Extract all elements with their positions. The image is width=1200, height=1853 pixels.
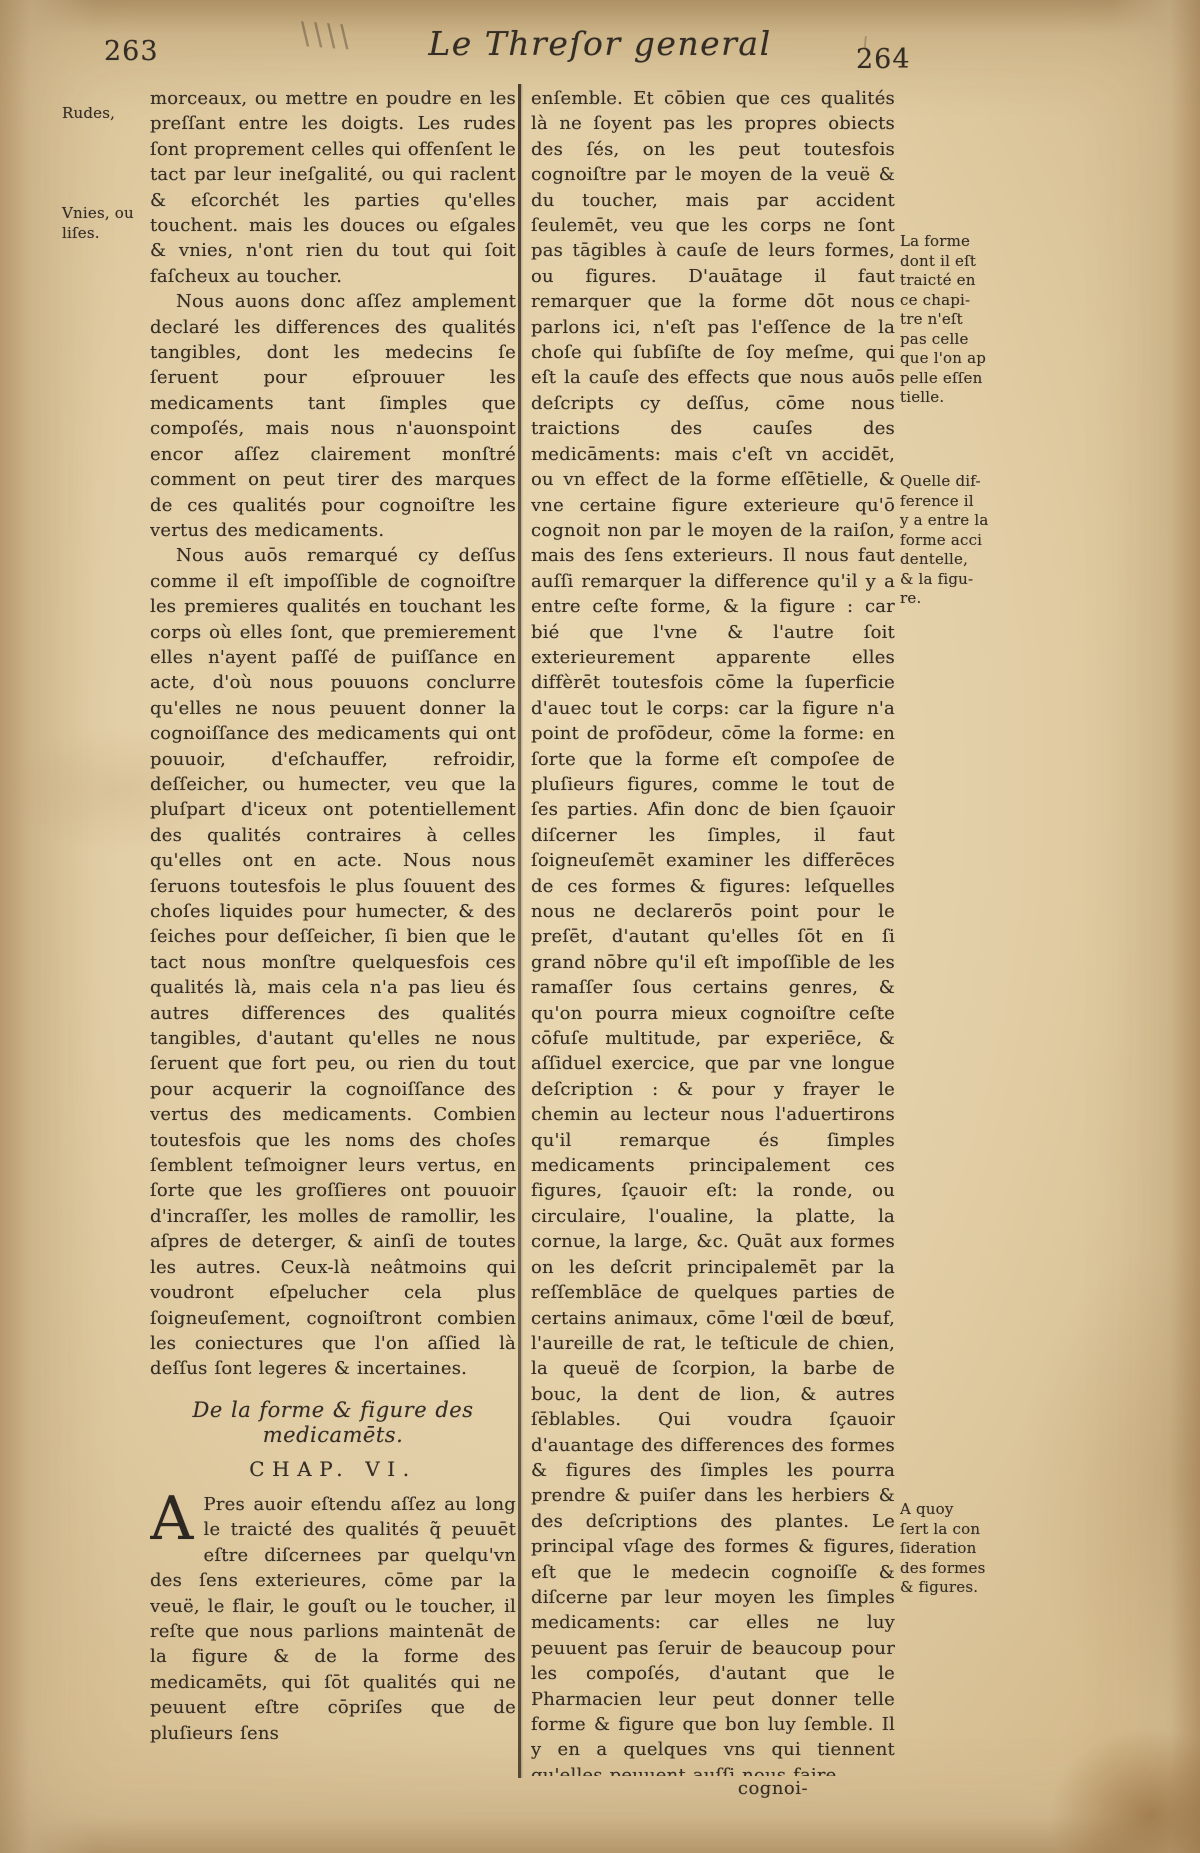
- paragraph-text: Pres auoir eſtendu aſſez au long le trai…: [150, 1494, 516, 1744]
- running-title: Le Threſor general: [0, 24, 1200, 63]
- paragraph: Nous auons donc aſſez amplement declaré …: [150, 289, 516, 543]
- margin-note-vnies: Vnies, ou liſes.: [62, 204, 152, 243]
- chapter-number: CHAP. VI.: [150, 1457, 516, 1482]
- margin-note-la-forme: La forme dont il eſt traicté en ce chapi…: [900, 232, 1006, 408]
- chapter-heading: De la forme & figure des medicamēts.: [150, 1398, 516, 1449]
- margin-note-rudes: Rudes,: [62, 104, 148, 124]
- right-text-column: enſemble. Et cōbien que ces qualités là …: [531, 86, 895, 1776]
- book-page: \\\\ ⟨ 263 Le Threſor general 264 Rudes,…: [0, 0, 1200, 1853]
- margin-note-difference: Quelle dif- ference il y a entre la form…: [900, 472, 1008, 609]
- paragraph: morceaux, ou mettre en poudre en les pre…: [150, 86, 516, 289]
- paragraph: enſemble. Et cōbien que ces qualités là …: [531, 86, 895, 1776]
- folio-number-right: 264: [856, 44, 911, 75]
- column-divider-rule: [518, 84, 521, 1778]
- drop-cap: A: [150, 1492, 204, 1543]
- paragraph: Nous auōs remarqué cy deſſus comme il eſ…: [150, 543, 516, 1381]
- left-text-column: morceaux, ou mettre en poudre en les pre…: [150, 86, 516, 1810]
- chapter-opening-paragraph: APres auoir eſtendu aſſez au long le tra…: [150, 1492, 516, 1746]
- catchword: cognoi-: [531, 1778, 895, 1799]
- margin-note-a-quoy: A quoy ſert la con ſideration des formes…: [900, 1500, 1008, 1598]
